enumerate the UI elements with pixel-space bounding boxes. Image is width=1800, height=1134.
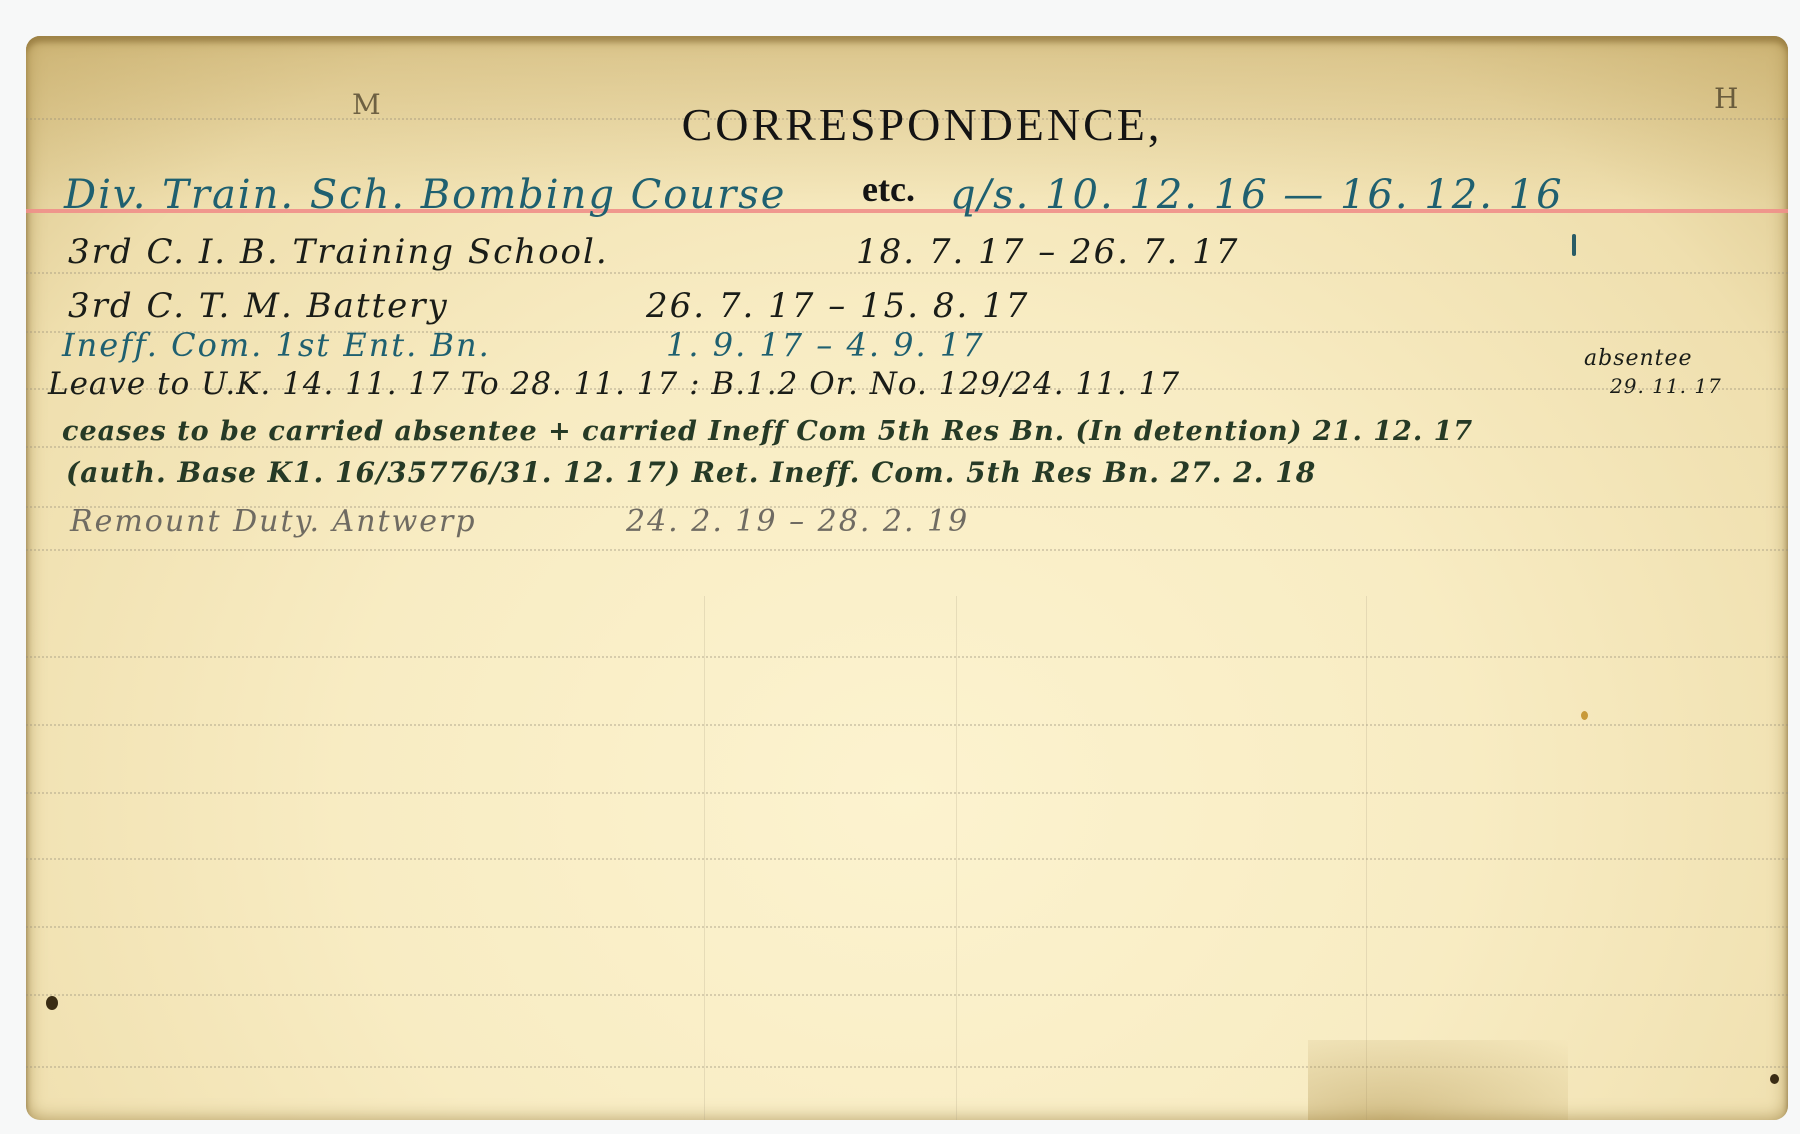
foxing-spot [1770, 1074, 1779, 1084]
card-heading-sub: etc. [862, 168, 915, 210]
entry-3-dates: 26. 7. 17 – 15. 8. 17 [646, 286, 1029, 326]
entry-8-dates: 24. 2. 19 – 28. 2. 19 [626, 504, 969, 539]
entry-5-annotation-top: absentee [1584, 346, 1693, 371]
entry-4-text: Ineff. Com. 1st Ent. Bn. [62, 326, 491, 364]
entry-5-text: Leave to U.K. 14. 11. 17 To 28. 11. 17 :… [48, 366, 1180, 402]
entry-1-text: Div. Train. Sch. Bombing Course [64, 172, 786, 218]
ruling-line [26, 1066, 1788, 1068]
entry-2-text: 3rd C. I. B. Training School. [68, 232, 609, 272]
ruling-line [26, 549, 1788, 551]
ink-mark [1572, 234, 1576, 256]
entry-4-dates: 1. 9. 17 – 4. 9. 17 [666, 326, 985, 364]
entry-2-dates: 18. 7. 17 – 26. 7. 17 [856, 232, 1239, 272]
ruling-line [26, 858, 1788, 860]
foxing-spot [1581, 711, 1588, 720]
entry-3-text: 3rd C. T. M. Battery [68, 286, 449, 326]
column-rule [956, 596, 957, 1120]
column-rule [704, 596, 705, 1120]
ruling-line [26, 792, 1788, 794]
ruling-line [26, 656, 1788, 658]
ruling-line [26, 926, 1788, 928]
service-record-card: M H CORRESPONDENCE, etc. Div. Train. Sch… [26, 36, 1788, 1120]
entry-6-text: ceases to be carried absentee + carried … [62, 416, 1473, 447]
entry-1-dates: q/s. 10. 12. 16 — 16. 12. 16 [950, 172, 1564, 218]
column-rule [1366, 596, 1367, 1120]
card-heading: CORRESPONDENCE, [26, 98, 1788, 151]
foxing-spot [46, 996, 58, 1010]
entry-5-annotation-bottom: 29. 11. 17 [1610, 374, 1722, 398]
entry-7-text: (auth. Base K1. 16/35776/31. 12. 17) Ret… [66, 456, 1316, 489]
ruling-line [26, 724, 1788, 726]
entry-8-text: Remount Duty. Antwerp [70, 504, 477, 539]
ruling-line [26, 994, 1788, 996]
ruling-line [26, 272, 1788, 274]
